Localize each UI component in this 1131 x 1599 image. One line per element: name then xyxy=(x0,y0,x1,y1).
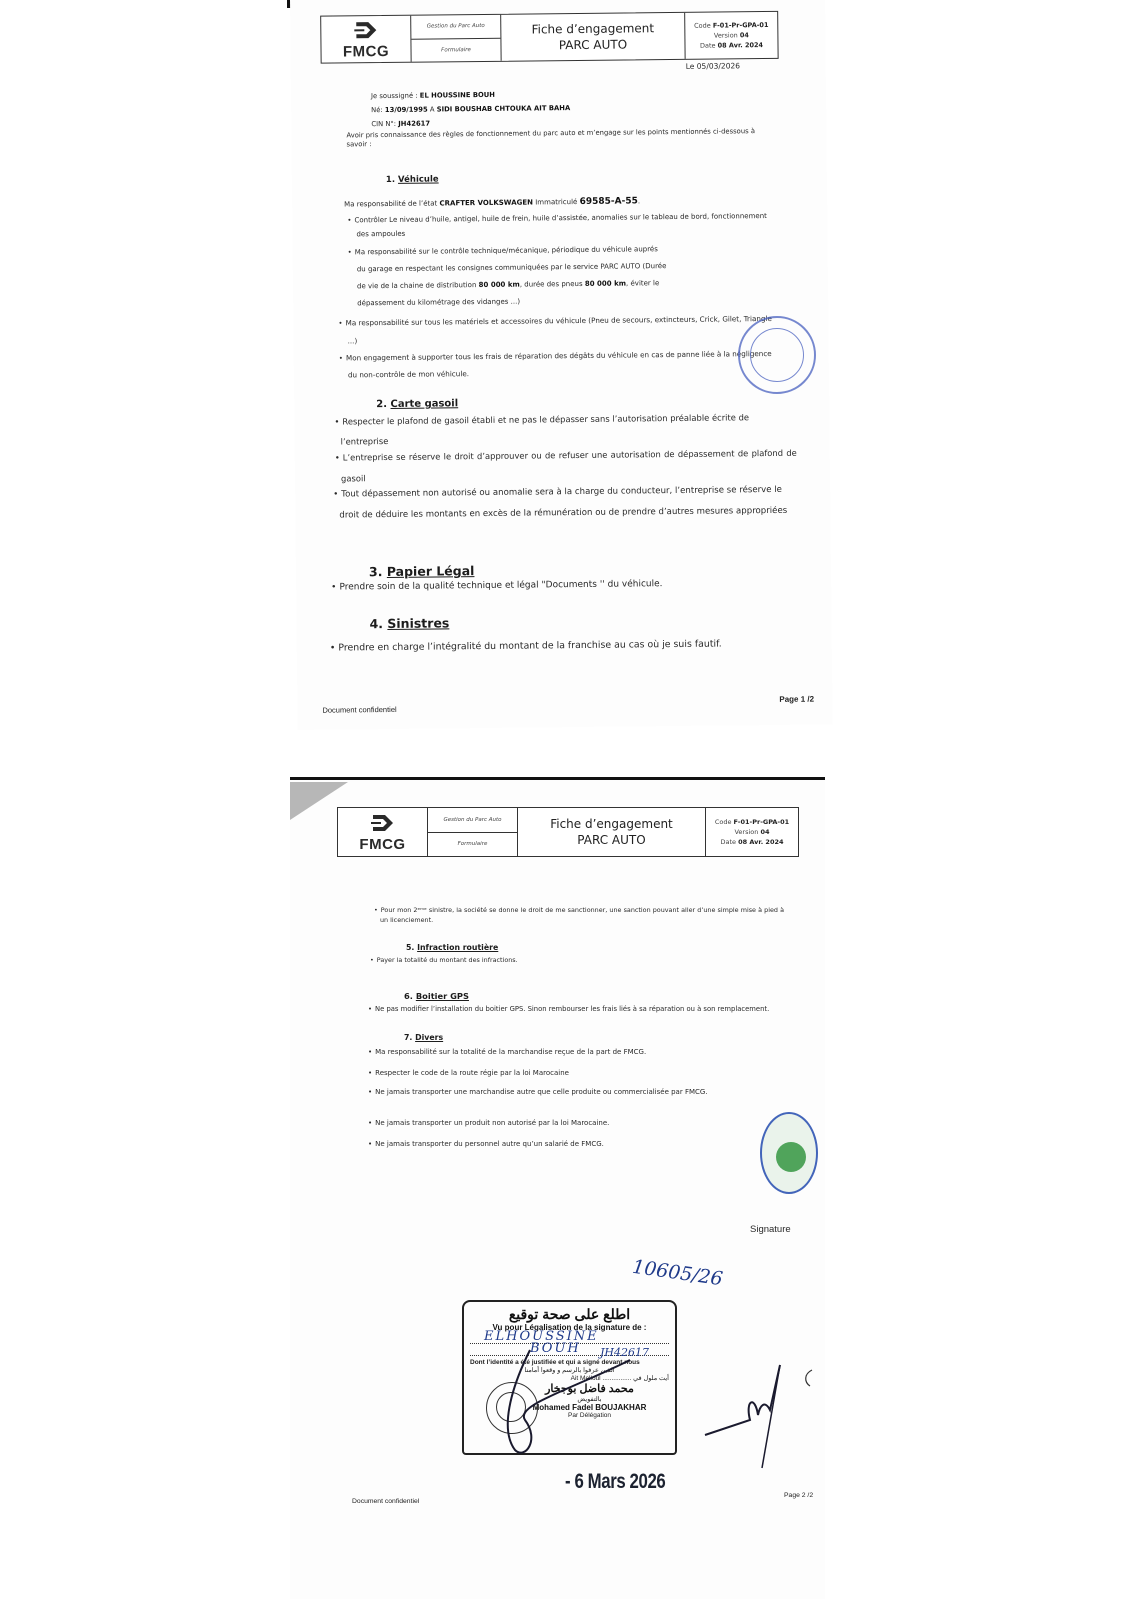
header-category: Gestion du Parc Auto Formulaire xyxy=(428,808,518,856)
version-label: Version xyxy=(714,31,738,39)
birth-line: Né: 13/09/1995 A SIDI BOUSHAB CHTOUKA AI… xyxy=(371,103,570,115)
page-number: Page 1 /2 xyxy=(779,695,814,704)
header-category: Gestion du Parc Auto Formulaire xyxy=(411,15,501,62)
version-value: 04 xyxy=(740,31,749,39)
undersigned-label: Je soussigné : xyxy=(371,92,418,100)
fmcg-logo: FMCG xyxy=(321,16,411,63)
code-label: Code xyxy=(715,818,732,826)
cin-label: CIN N°: xyxy=(371,120,396,128)
undersigned-line: Je soussigné : EL HOUSSINE BOUH xyxy=(371,90,495,101)
item-text: , éviter le xyxy=(626,279,659,287)
list-item: Prendre soin de la qualité technique et … xyxy=(331,577,801,595)
intro-paragraph: Avoir pris connaissance des règles de fo… xyxy=(346,127,766,149)
section-title: Carte gasoil xyxy=(390,398,458,410)
list-item: Ma responsabilité sur le contrôle techni… xyxy=(345,240,781,313)
section-title: Sinistres xyxy=(387,615,449,631)
title-line-1: Fiche d’engagement xyxy=(550,816,673,832)
signature-label: Signature xyxy=(750,1223,791,1236)
logo-text: FMCG xyxy=(359,836,405,853)
birth-place: SIDI BOUSHAB CHTOUKA AIT BAHA xyxy=(437,104,571,113)
date-value: 08 Avr. 2024 xyxy=(718,41,764,49)
document-header: FMCG Gestion du Parc Auto Formulaire Fic… xyxy=(320,11,778,64)
list-item: Tout dépassement non autorisé ou anomali… xyxy=(333,480,803,527)
title-line-1: Fiche d’engagement xyxy=(531,20,654,37)
vehicle-model: CRAFTER VOLKSWAGEN xyxy=(439,198,533,207)
signature-scribble-stamp xyxy=(470,1330,650,1460)
list-item: Ma responsabilité sur tous les matériels… xyxy=(335,310,775,351)
folded-corner xyxy=(290,782,348,820)
list-item: Prendre en charge l’intégralité du monta… xyxy=(330,637,810,655)
page-2: FMCG Gestion du Parc Auto Formulaire Fic… xyxy=(290,780,825,1599)
list-item: Ne jamais transporter une marchandise au… xyxy=(368,1087,798,1097)
list-item: Ma responsabilité sur la totalité de la … xyxy=(368,1046,798,1059)
date-label: Date xyxy=(720,838,736,846)
undersigned-name: EL HOUSSINE BOUH xyxy=(420,91,495,100)
logo-text: FMCG xyxy=(343,42,389,59)
version-value: 04 xyxy=(760,828,769,836)
section-heading-divers: 7. Divers xyxy=(404,1033,443,1042)
document-header: FMCG Gestion du Parc Auto Formulaire Fic… xyxy=(337,807,799,857)
item-text: Ma responsabilité sur le contrôle techni… xyxy=(348,245,658,256)
list-item: Ne pas modifier l’installation du boitie… xyxy=(368,1005,793,1014)
birth-date: 13/09/1995 xyxy=(385,106,428,114)
document-meta: Code F-01-Pr-GPA-01 Version 04 Date 08 A… xyxy=(685,12,777,59)
list-item: Respecter le code de la route régie par … xyxy=(368,1067,798,1080)
registration-number: 69585-A-55 xyxy=(580,196,638,207)
fmcg-logo-icon xyxy=(352,19,380,41)
date-label: Date xyxy=(700,42,716,50)
list-item: Ne jamais transporter du personnel autre… xyxy=(368,1138,798,1151)
footer-confidential: Document confidentiel xyxy=(322,705,396,715)
document-meta: Code F-01-Pr-GPA-01 Version 04 Date 08 A… xyxy=(706,808,798,856)
date-value: 08 Avr. 2024 xyxy=(738,838,783,846)
section-heading-carte-gasoil: 2. Carte gasoil xyxy=(376,398,458,410)
item-text: dépassement du kilométrage des vidanges … xyxy=(357,298,520,308)
company-stamp xyxy=(760,1112,818,1194)
list-item: Mon engagement à supporter tous les frai… xyxy=(336,345,776,384)
born-at: A xyxy=(430,105,435,113)
arabic-title: اطلع على صحة توقيع xyxy=(470,1306,669,1323)
page-number: Page 2 /2 xyxy=(784,1492,813,1499)
section-title: Divers xyxy=(415,1033,443,1042)
fmcg-logo-icon xyxy=(369,812,397,834)
registration-label: Immatriculé xyxy=(535,198,577,206)
company-stamp xyxy=(738,316,816,394)
section-title: Papier Légal xyxy=(387,563,475,579)
fmcg-logo: FMCG xyxy=(338,808,428,856)
distribution-chain-km: 80 000 km xyxy=(479,281,520,289)
signature-icon xyxy=(700,1360,820,1470)
section-heading-vehicule: 1. Véhicule xyxy=(386,174,439,185)
lead-prefix: Ma responsabilité de l’état xyxy=(344,199,437,208)
form-type-label: Formulaire xyxy=(428,833,517,857)
list-item: Ne jamais transporter un produit non aut… xyxy=(368,1117,798,1130)
section-heading-sinistres: 4. Sinistres xyxy=(369,615,449,631)
section-number: 5. xyxy=(406,943,414,952)
title-line-2: PARC AUTO xyxy=(577,832,645,848)
code-value: F-01-Pr-GPA-01 xyxy=(734,818,790,826)
footer-confidential: Document confidentiel xyxy=(352,1498,419,1505)
list-item: Contrôler Le niveau d’huile, antigel, hu… xyxy=(344,209,774,242)
item-text: de vie de la chaine de distribution xyxy=(357,281,476,290)
tyre-km: 80 000 km xyxy=(585,279,626,287)
section-number: 3. xyxy=(369,564,383,579)
dept-label: Gestion du Parc Auto xyxy=(411,15,500,39)
code-label: Code xyxy=(694,22,711,30)
section-heading-infraction: 5. Infraction routière xyxy=(406,943,498,952)
list-item: Payer la totalité du montant des infract… xyxy=(370,956,790,965)
item-text: , durée des pneus xyxy=(520,280,583,289)
code-value: F-01-Pr-GPA-01 xyxy=(713,21,769,30)
document-title: Fiche d’engagement PARC AUTO xyxy=(501,13,685,61)
section-number: 1. xyxy=(386,175,395,185)
legalization-date-stamp: - 6 Mars 2026 xyxy=(565,1470,665,1494)
section-title: Véhicule xyxy=(398,174,439,184)
list-item: Pour mon 2ᵉᵐᵉ sinistre, la société se do… xyxy=(374,906,784,925)
version-label: Version xyxy=(734,828,758,836)
item-text: du garage en respectant les consignes co… xyxy=(357,262,667,273)
section-title: Infraction routière xyxy=(417,943,498,952)
section-number: 6. xyxy=(404,991,413,1001)
form-type-label: Formulaire xyxy=(411,38,500,61)
born-label: Né: xyxy=(371,106,383,114)
document-title: Fiche d’engagement PARC AUTO xyxy=(518,808,706,856)
cin-line: CIN N°: JH42617 xyxy=(371,119,430,130)
section-number: 4. xyxy=(369,616,383,631)
section-title: Boitier GPS xyxy=(416,991,469,1001)
section-number: 2. xyxy=(376,399,387,410)
title-line-2: PARC AUTO xyxy=(559,36,628,53)
dept-label: Gestion du Parc Auto xyxy=(428,808,517,833)
section-heading-gps: 6. Boitier GPS xyxy=(404,991,469,1001)
document-date: Le 05/03/2026 xyxy=(686,61,740,72)
section-number: 7. xyxy=(404,1033,412,1042)
cin-value: JH42617 xyxy=(398,120,430,128)
vehicle-responsibility: Ma responsabilité de l’état CRAFTER VOLK… xyxy=(344,196,640,209)
section-heading-papier-legal: 3. Papier Légal xyxy=(369,563,475,579)
